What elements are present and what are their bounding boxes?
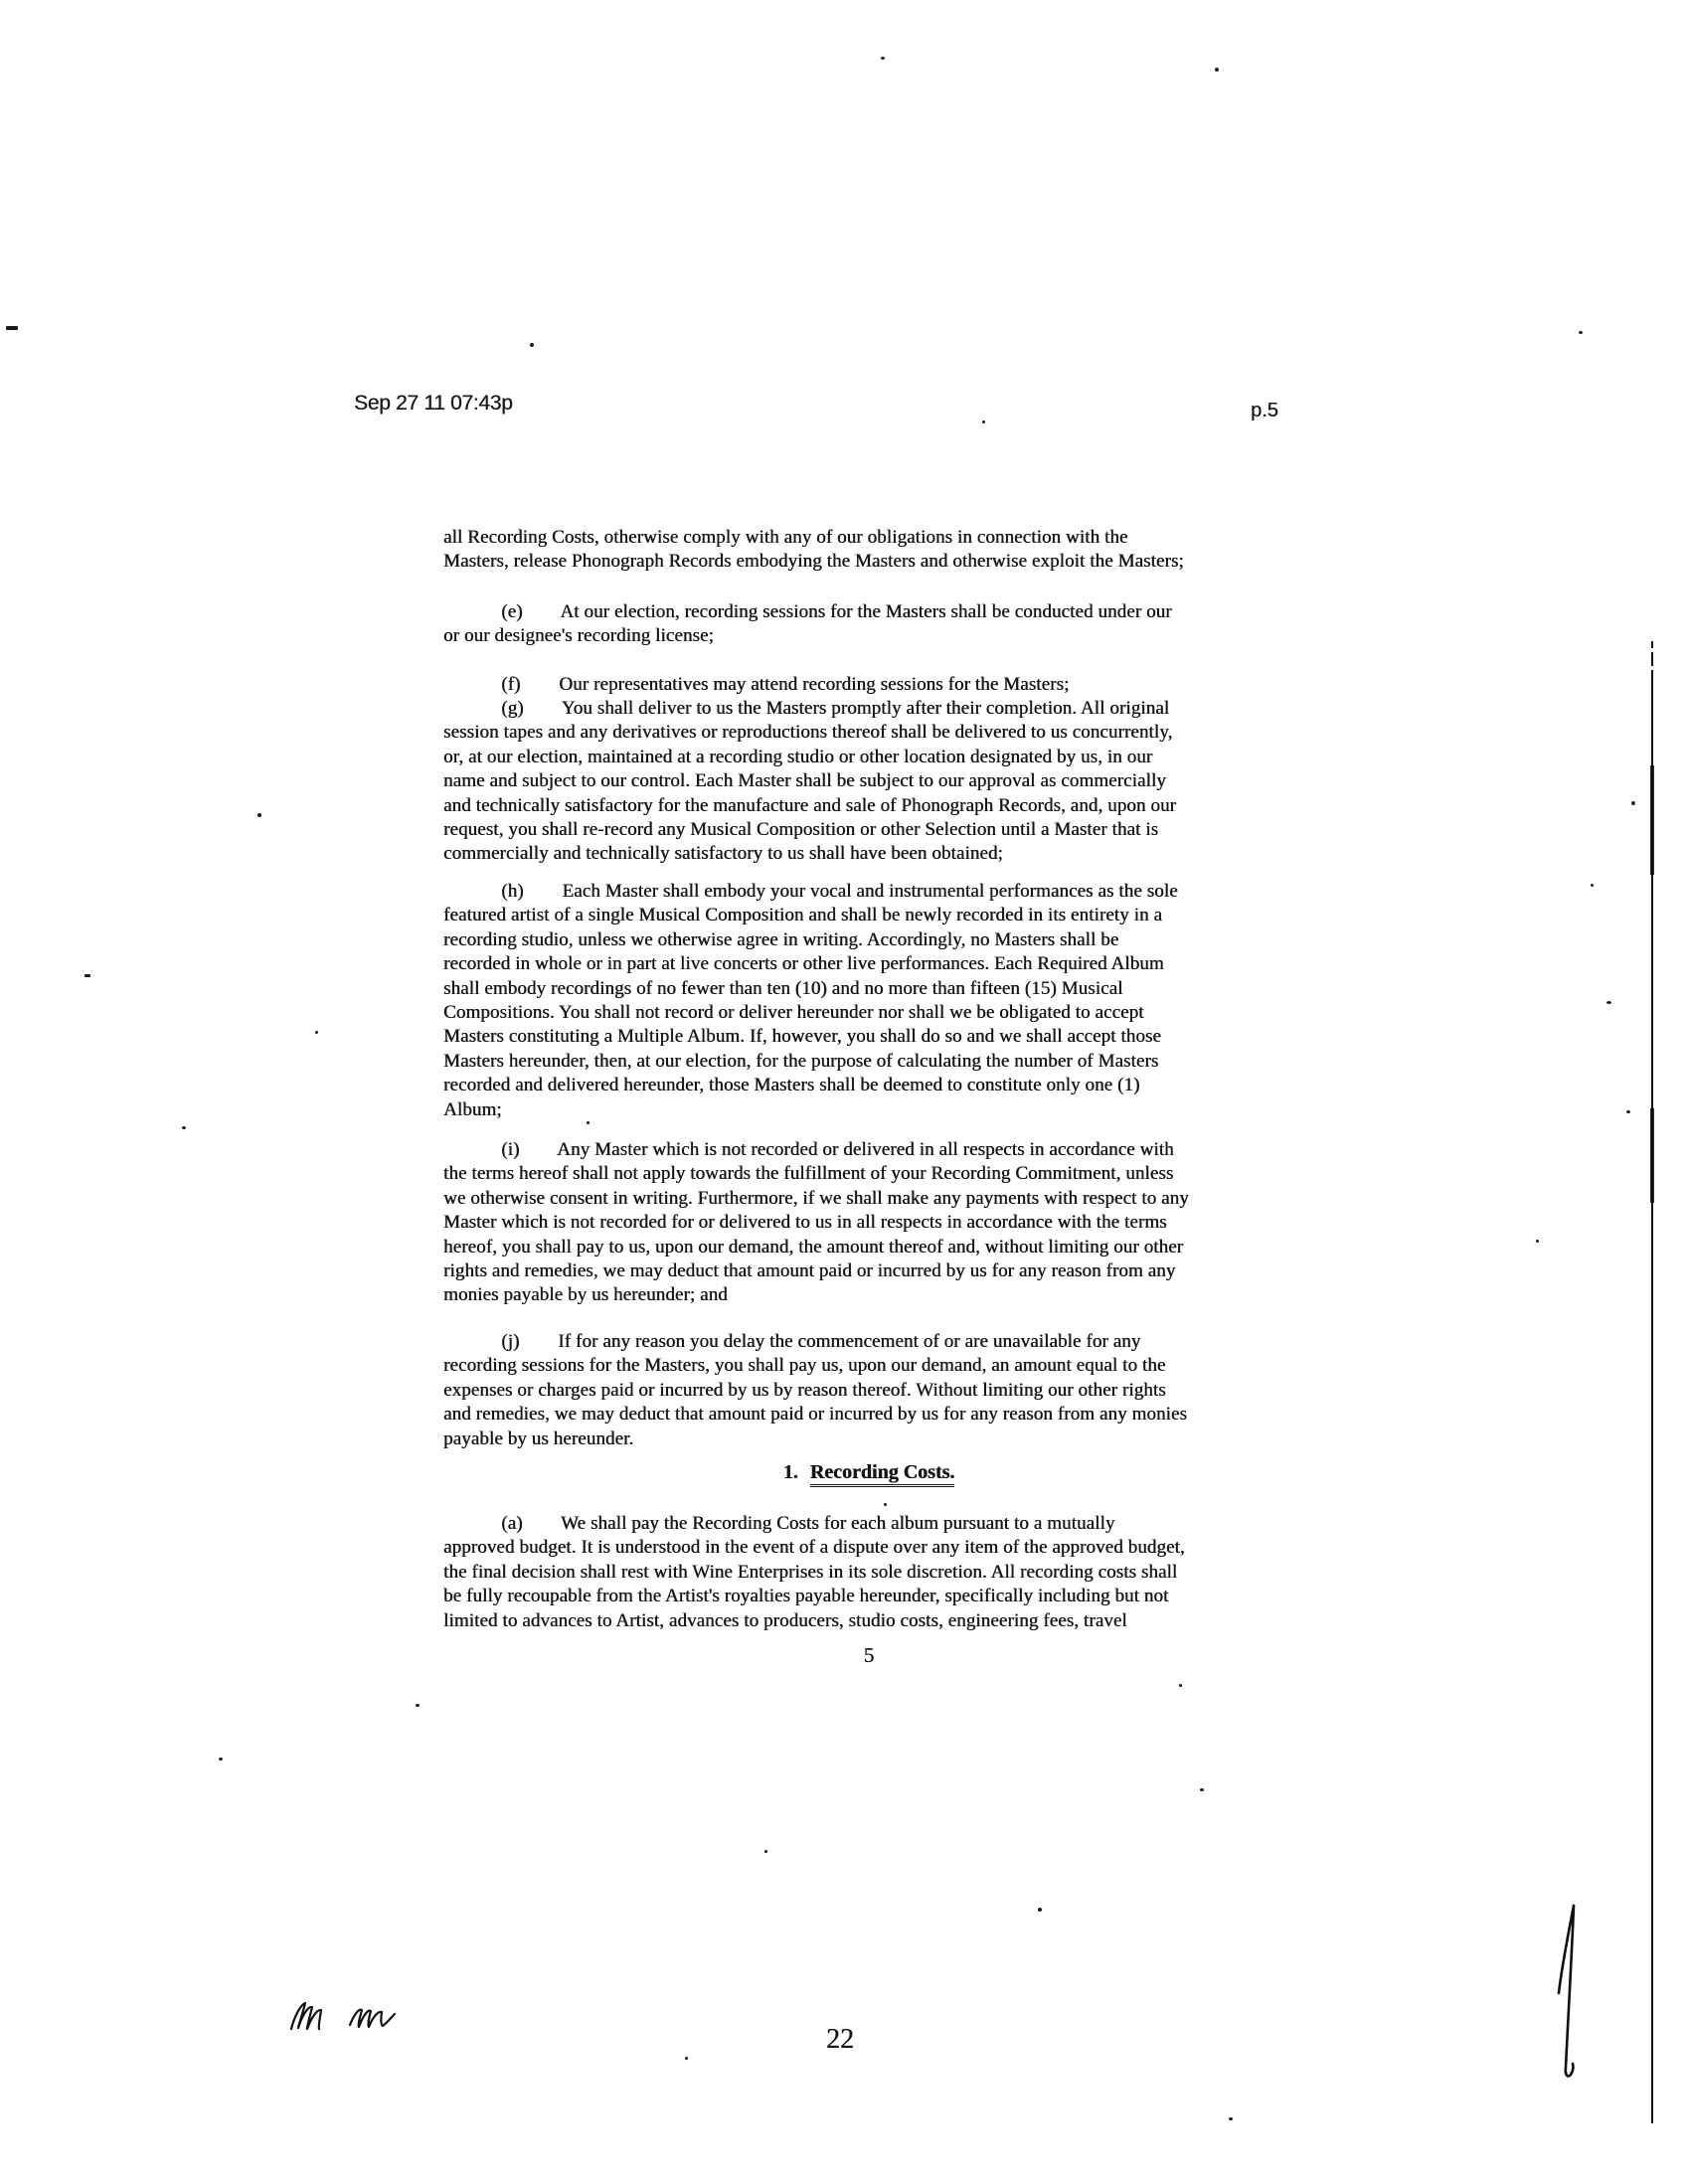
noise-dot [1179, 1684, 1182, 1687]
noise-dot [219, 1758, 223, 1761]
noise-dot [1215, 68, 1219, 72]
noise-dot [1591, 884, 1594, 887]
noise-dot [764, 1850, 767, 1853]
noise-dot [685, 2057, 688, 2060]
typed-page-number: 5 [443, 1643, 1294, 1668]
paragraph-g: (g) You shall deliver to us the Masters … [443, 697, 1176, 867]
noise-dot [881, 57, 885, 60]
noise-dot [6, 326, 18, 330]
scan-artifact-line-thick [1650, 765, 1654, 875]
scan-artifact-line-dash [1651, 641, 1653, 648]
scan-artifact-line-dash [1651, 652, 1653, 666]
scanned-contract-page: Sep 27 11 07:43p p.5 all Recording Costs… [0, 0, 1688, 2184]
noise-dot [1200, 1788, 1204, 1791]
noise-dot [1631, 801, 1635, 805]
noise-dot [530, 343, 534, 347]
section-title: Recording Costs. [810, 1461, 955, 1487]
noise-dot [587, 1121, 590, 1124]
noise-dot [257, 813, 261, 817]
paragraph-i: (i) Any Master which is not recorded or … [443, 1138, 1189, 1308]
noise-dot [884, 1503, 887, 1506]
noise-dot [1229, 2117, 1233, 2120]
section-heading: 1.Recording Costs. [443, 1461, 1294, 1484]
scan-artifact-line-thick [1650, 1108, 1654, 1203]
noise-dot [1536, 1240, 1539, 1243]
noise-dot [1626, 1110, 1630, 1113]
paragraph-continuation: all Recording Costs, otherwise comply wi… [443, 526, 1184, 575]
pen-stroke-mark-icon [1551, 1897, 1591, 2088]
noise-dot [1606, 1001, 1611, 1004]
noise-dot [1038, 1908, 1042, 1912]
noise-dot [182, 1126, 186, 1129]
paragraph-f: (f) Our representatives may attend recor… [443, 673, 1069, 697]
noise-dot [1579, 331, 1583, 334]
paragraph-a: (a) We shall pay the Recording Costs for… [443, 1512, 1185, 1633]
noise-dot [416, 1704, 420, 1707]
fax-header-page-label: p.5 [1251, 400, 1278, 422]
scan-artifact-line [1651, 670, 1653, 2123]
paragraph-h: (h) Each Master shall embody your vocal … [443, 880, 1178, 1122]
paragraph-e: (e) At our election, recording sessions … [443, 600, 1172, 649]
handwritten-initials-scribble-icon [288, 2000, 408, 2036]
noise-dot [982, 420, 985, 423]
paragraph-j: (j) If for any reason you delay the comm… [443, 1330, 1187, 1451]
fax-page-number: 22 [826, 2024, 854, 2056]
section-number: 1. [783, 1461, 798, 1483]
noise-dot [84, 974, 90, 977]
noise-dot [315, 1031, 318, 1034]
fax-header-timestamp: Sep 27 11 07:43p [354, 392, 512, 416]
